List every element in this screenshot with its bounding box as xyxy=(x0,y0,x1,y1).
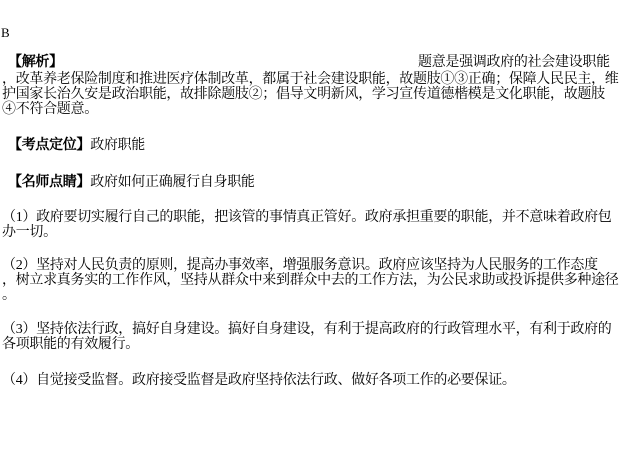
exam-point-content: 政府职能 xyxy=(90,138,145,153)
teacher-tips-heading: 【名师点睛】 xyxy=(8,175,90,190)
exam-point-section: 【考点定位】政府职能 xyxy=(8,138,145,154)
point-3-line-2: 各项职能的有效履行。 xyxy=(2,337,139,353)
document-page: B 【解析】 题意是强调政府的社会建设职能 ，改革养老保险制度和推进医疗体制改革… xyxy=(0,0,630,452)
answer-letter: B xyxy=(1,25,9,41)
exam-point-heading: 【考点定位】 xyxy=(8,138,90,153)
point-3-line-1: （3）坚持依法行政，搞好自身建设。搞好自身建设，有利于提高政府的行政管理水平，有… xyxy=(2,322,612,338)
analysis-section-heading: 【解析】 xyxy=(8,55,63,71)
analysis-line-2: 护国家长治久安是政治职能，故排除题肢②；倡导文明新风，学习宣传道德楷模是文化职能… xyxy=(2,87,605,103)
point-2-line-1: （2）坚持对人民负责的原则，提高办事效率，增强服务意识。政府应该坚持为人民服务的… xyxy=(2,258,598,274)
point-1-line-1: （1）政府要切实履行自己的职能，把该管的事情真正管好。政府承担重要的职能，并不意… xyxy=(2,210,612,226)
point-4-line-1: （4）自觉接受监督。政府接受监督是政府坚持依法行政、做好各项工作的必要保证。 xyxy=(2,373,516,389)
analysis-line-1: ，改革养老保险制度和推进医疗体制改革，都属于社会建设职能，故题肢①③正确；保障人… xyxy=(2,72,619,88)
analysis-line-3: ④不符合题意。 xyxy=(2,102,98,118)
point-2-line-3: 。 xyxy=(2,288,16,304)
analysis-heading-label: 【解析】 xyxy=(8,55,63,70)
analysis-intro-text: 题意是强调政府的社会建设职能 xyxy=(418,55,610,71)
point-2-line-2: ，树立求真务实的工作作风，坚持从群众中来到群众中去的工作方法，为公民求助或投诉提… xyxy=(2,273,619,289)
teacher-tips-content: 政府如何正确履行自身职能 xyxy=(90,175,254,190)
point-1-line-2: 办一切。 xyxy=(2,225,57,241)
teacher-tips-section: 【名师点睛】政府如何正确履行自身职能 xyxy=(8,175,255,191)
